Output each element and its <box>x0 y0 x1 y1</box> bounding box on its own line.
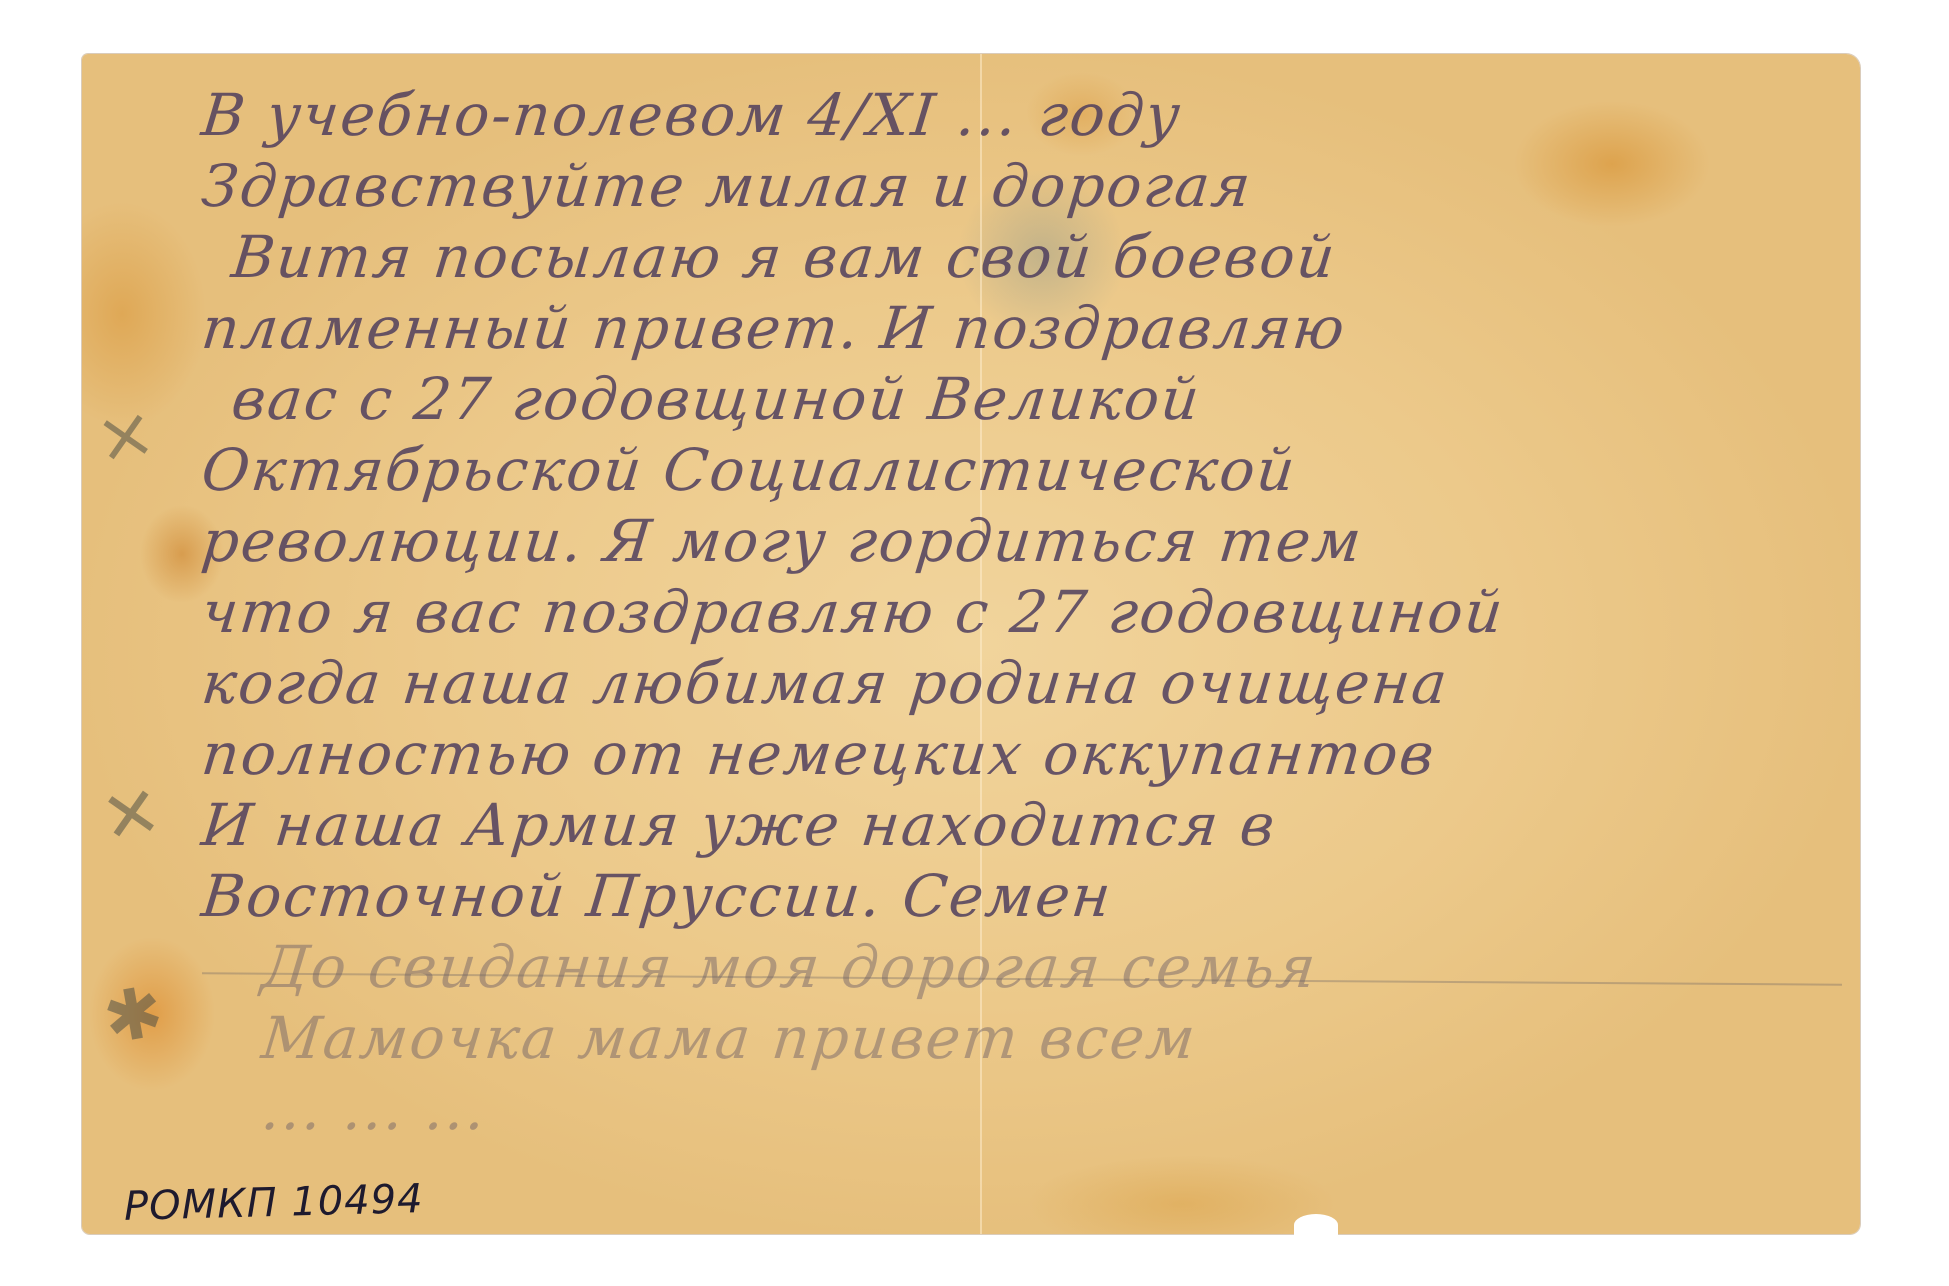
margin-cross-mark: ✕ <box>95 770 167 861</box>
archive-inventory-number: РОМКП 10494 <box>123 1176 424 1230</box>
letter-line: В учебно-полевом 4/XI ... году <box>198 80 1825 151</box>
letter-line: Мамочка мама привет всем <box>198 1003 1825 1074</box>
letter-line: пламенный привет. И поздравляю <box>198 293 1825 364</box>
letter-line: Октябрьской Социалистической <box>198 435 1825 506</box>
torn-edge <box>1294 1214 1338 1236</box>
letter-line: Восточной Пруссии. Семен <box>198 861 1825 932</box>
letter-line: что я вас поздравляю с 27 годовщиной <box>198 577 1825 648</box>
letter-line: И наша Армия уже находится в <box>198 790 1825 861</box>
letter-body: В учебно-полевом 4/XI ... году Здравству… <box>202 80 1822 1145</box>
letter-line: Витя посылаю я вам свой боевой <box>198 222 1825 293</box>
margin-star-mark: ✱ <box>97 970 169 1061</box>
letter-line: ... ... ... <box>198 1074 1825 1145</box>
letter-line: революции. Я могу гордиться тем <box>198 506 1825 577</box>
postcard: В учебно-полевом 4/XI ... году Здравству… <box>82 54 1860 1234</box>
letter-line: полностью от немецких оккупантов <box>198 719 1825 790</box>
letter-line: До свидания моя дорогая семья <box>198 932 1825 1003</box>
letter-line: когда наша любимая родина очищена <box>198 648 1825 719</box>
letter-line: вас с 27 годовщиной Великой <box>198 364 1825 435</box>
margin-cross-mark: × <box>89 390 161 481</box>
letter-line: Здравствуйте милая и дорогая <box>198 151 1825 222</box>
